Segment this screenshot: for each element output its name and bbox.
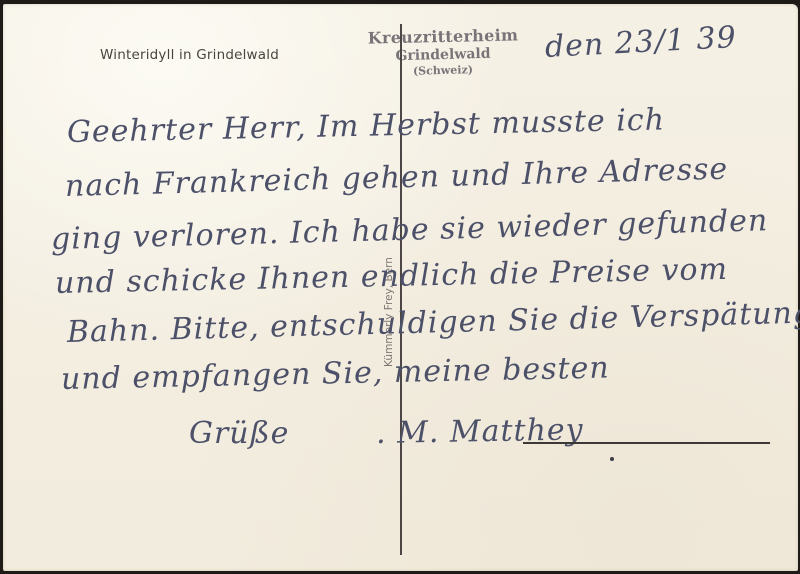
- hotel-stamp: Kreuzritterheim Grindelwald (Schweiz): [355, 28, 531, 78]
- handwritten-line-3: ging verloren. Ich habe sie wieder gefun…: [51, 203, 769, 257]
- stamp-country: (Schweiz): [355, 63, 531, 80]
- handwritten-line-2: nach Frankreich gehen und Ihre Adresse: [65, 152, 729, 204]
- handwritten-line-5: Bahn. Bitte, entschuldigen Sie die Versp…: [67, 295, 800, 350]
- address-line: [523, 442, 770, 444]
- handwritten-line-4: und schicke Ihnen endlich die Preise vom: [55, 252, 729, 301]
- handwritten-signature: . M. Matthey: [376, 412, 584, 451]
- handwritten-date: den 23/1 39: [544, 20, 737, 65]
- ink-dot: [610, 457, 614, 461]
- handwritten-line-6: und empfangen Sie, meine besten: [61, 351, 610, 397]
- postcard-back: Winteridyll in Grindelwald Kreuzritterhe…: [3, 4, 798, 571]
- handwritten-line-1: Geehrter Herr, Im Herbst musste ich: [67, 102, 666, 150]
- postcard-caption: Winteridyll in Grindelwald: [100, 47, 279, 63]
- scanned-postcard: Winteridyll in Grindelwald Kreuzritterhe…: [0, 0, 800, 574]
- handwritten-closing: Grüße: [189, 416, 289, 451]
